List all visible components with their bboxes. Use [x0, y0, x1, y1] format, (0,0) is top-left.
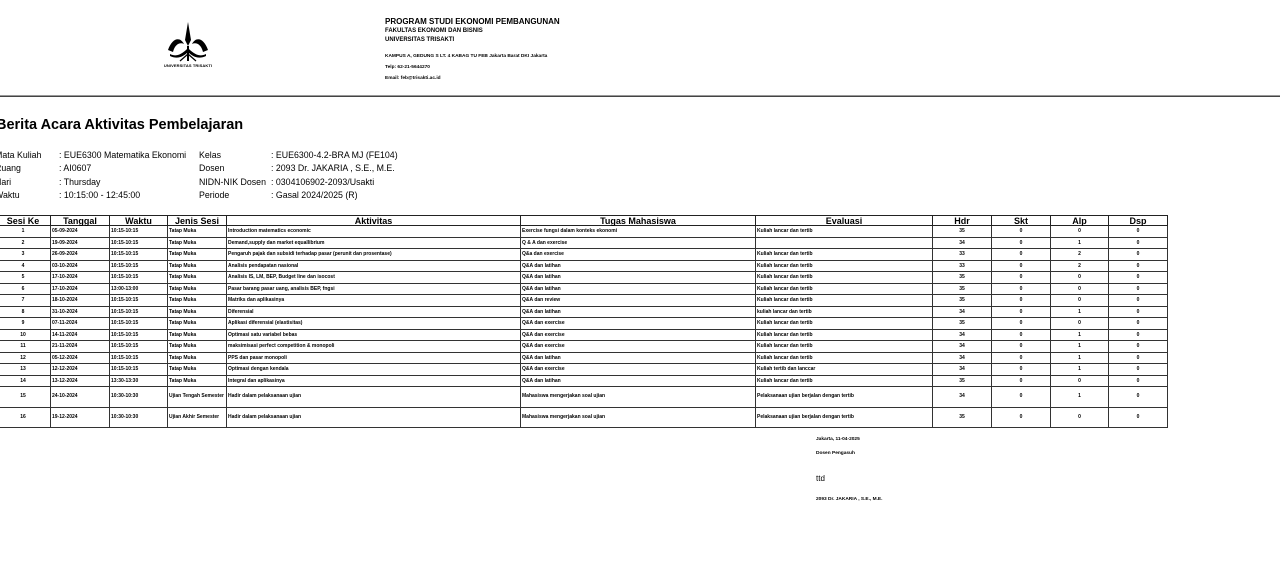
table-cell: 05-12-2024 — [51, 352, 110, 364]
table-cell: 0 — [1051, 272, 1109, 284]
table-cell: 13 — [0, 364, 51, 376]
table-row: 1121-11-202410:15-10:15Tatap Mukamaksimi… — [0, 341, 1168, 353]
info-value: : Gasal 2024/2025 (R) — [271, 189, 358, 202]
table-cell: 14-11-2024 — [51, 329, 110, 341]
table-cell: 9 — [0, 318, 51, 330]
table-cell: Tatap Muka — [168, 306, 227, 318]
table-cell: 33 — [933, 260, 992, 272]
column-header: Tanggal — [51, 216, 110, 226]
table-cell: 0 — [1051, 226, 1109, 238]
table-cell: 33 — [933, 249, 992, 261]
table-cell: 0 — [1109, 237, 1168, 249]
table-cell: 7 — [0, 295, 51, 307]
table-cell: 0 — [1109, 249, 1168, 261]
column-header: Tugas Mahasiswa — [521, 216, 756, 226]
table-cell: 12 — [0, 352, 51, 364]
column-header: Dsp — [1109, 216, 1168, 226]
info-label: NIDN-NIK Dosen — [199, 176, 266, 189]
table-cell: 2 — [0, 237, 51, 249]
faculty-name: FAKULTAS EKONOMI DAN BISNIS — [385, 27, 560, 36]
table-cell: 10:15-10:15 — [110, 295, 168, 307]
table-cell: Analisis pendapatan nasional — [227, 260, 521, 272]
table-cell: 0 — [992, 272, 1051, 284]
table-cell: 10:15-10:15 — [110, 318, 168, 330]
table-cell: Q&A dan latihan — [521, 306, 756, 318]
table-cell: Kuliah lancar dan tertib — [756, 249, 933, 261]
table-cell: Kuliah lancar dan tertib — [756, 318, 933, 330]
table-cell: 4 — [0, 260, 51, 272]
table-cell: 10:15-10:15 — [110, 237, 168, 249]
info-value: : Thursday — [59, 176, 100, 189]
table-cell: Mahasiswa mengerjakan soal ujian — [521, 407, 756, 428]
table-cell: 05-09-2024 — [51, 226, 110, 238]
table-cell: Analisis IS, LM, BEP, Budget line dan is… — [227, 272, 521, 284]
table-cell: Q&A dan exercise — [521, 318, 756, 330]
table-cell: 11 — [0, 341, 51, 353]
table-cell: Kuliah lancar dan tertib — [756, 226, 933, 238]
table-cell: 0 — [992, 237, 1051, 249]
info-label: Ruang — [0, 162, 21, 175]
table-cell: Pelaksanaan ujian berjalan dengan tertib — [756, 407, 933, 428]
table-cell: 0 — [1109, 352, 1168, 364]
university-logo: UNIVERSITAS TRISAKTI — [158, 20, 218, 76]
column-header: Aktivitas — [227, 216, 521, 226]
table-cell: 10:30-10:30 — [110, 407, 168, 428]
table-cell: Hadir dalam pelaksanaan ujian — [227, 407, 521, 428]
table-cell: 0 — [992, 341, 1051, 353]
email: Email: feb@trisakti.ac.id — [385, 73, 560, 84]
table-cell: 0 — [1109, 318, 1168, 330]
place-date: Jakarta, 11-04-2025 — [816, 436, 882, 444]
table-cell: Tatap Muka — [168, 237, 227, 249]
table-cell: 0 — [1051, 283, 1109, 295]
table-cell: 0 — [992, 249, 1051, 261]
table-cell: 2 — [1051, 260, 1109, 272]
table-cell: 1 — [1051, 364, 1109, 376]
table-cell: 0 — [992, 329, 1051, 341]
table-cell: Tatap Muka — [168, 341, 227, 353]
table-cell: 10:15-10:15 — [110, 306, 168, 318]
table-cell: 35 — [933, 407, 992, 428]
table-cell: Matriks dan aplikasinya — [227, 295, 521, 307]
table-row: 517-10-202410:15-10:15Tatap MukaAnalisis… — [0, 272, 1168, 284]
table-cell: Q&A dan latihan — [521, 283, 756, 295]
table-cell: Q&A dan latihan — [521, 272, 756, 284]
table-cell: 0 — [992, 318, 1051, 330]
table-cell: 0 — [992, 226, 1051, 238]
table-cell: 07-11-2024 — [51, 318, 110, 330]
table-cell: 15 — [0, 387, 51, 408]
table-cell: 0 — [1109, 283, 1168, 295]
table-cell: 0 — [992, 283, 1051, 295]
table-cell: 16 — [0, 407, 51, 428]
table-cell: 0 — [992, 364, 1051, 376]
info-value: : 0304106902-2093/Usakti — [271, 176, 374, 189]
table-cell: 0 — [1051, 407, 1109, 428]
table-cell: Kuliah lancar dan tertib — [756, 341, 933, 353]
table-cell: Tatap Muka — [168, 364, 227, 376]
table-row: 617-10-202413:00-13:00Tatap MukaPasar ba… — [0, 283, 1168, 295]
table-cell: 10:15-10:15 — [110, 341, 168, 353]
table-cell: Kuliah lancar dan tertib — [756, 260, 933, 272]
table-cell: 35 — [933, 272, 992, 284]
address: KAMPUS A, GEDUNG S LT. 4 KABAG TU FEB Ja… — [385, 51, 560, 62]
table-cell: Tatap Muka — [168, 295, 227, 307]
table-cell: 12-12-2024 — [51, 364, 110, 376]
activity-table: Sesi KeTanggalWaktuJenis SesiAktivitasTu… — [0, 215, 1168, 428]
table-cell: 35 — [933, 375, 992, 387]
table-cell: 0 — [992, 260, 1051, 272]
logo-caption: UNIVERSITAS TRISAKTI — [158, 63, 218, 68]
table-cell: 0 — [992, 306, 1051, 318]
table-cell: Integral dan aplikasinya — [227, 375, 521, 387]
table-cell: 31-10-2024 — [51, 306, 110, 318]
table-cell: 19-12-2024 — [51, 407, 110, 428]
table-row: 907-11-202410:15-10:15Tatap MukaAplikasi… — [0, 318, 1168, 330]
table-cell: 1 — [1051, 352, 1109, 364]
column-header: Alp — [1051, 216, 1109, 226]
table-cell: 26-09-2024 — [51, 249, 110, 261]
column-header: Jenis Sesi — [168, 216, 227, 226]
table-cell: 1 — [1051, 341, 1109, 353]
table-row: 1312-12-202410:15-10:15Tatap MukaOptimas… — [0, 364, 1168, 376]
table-cell: 34 — [933, 352, 992, 364]
table-cell: 10:15-10:15 — [110, 364, 168, 376]
table-cell: 1 — [1051, 387, 1109, 408]
table-row: 831-10-202410:15-10:15Tatap MukaDiferens… — [0, 306, 1168, 318]
info-value: : EUE6300-4.2-BRA MJ (FE104) — [271, 149, 398, 162]
table-cell: 0 — [992, 387, 1051, 408]
table-cell: 13:00-13:00 — [110, 283, 168, 295]
table-cell: Q&a dan exercise — [521, 249, 756, 261]
table-cell: 0 — [1109, 341, 1168, 353]
table-cell: Pasar barang pasar uang, analisis BEP, f… — [227, 283, 521, 295]
table-cell: Kuliah tertib dan lanccar — [756, 364, 933, 376]
table-row: 1413-12-202413:30-13:30Tatap MukaIntegra… — [0, 375, 1168, 387]
table-cell: Q&A dan latihan — [521, 352, 756, 364]
column-header: Waktu — [110, 216, 168, 226]
table-cell: 0 — [1109, 375, 1168, 387]
table-cell: Tatap Muka — [168, 272, 227, 284]
table-row: 403-10-202410:15-10:15Tatap MukaAnalisis… — [0, 260, 1168, 272]
table-cell: Kuliah lancar dan tertib — [756, 329, 933, 341]
table-cell: 0 — [1109, 387, 1168, 408]
table-cell: Optimasi satu variabel bebas — [227, 329, 521, 341]
table-cell: 0 — [1109, 295, 1168, 307]
table-cell: Tatap Muka — [168, 329, 227, 341]
table-cell: 17-10-2024 — [51, 272, 110, 284]
info-value: : AI0607 — [59, 162, 91, 175]
table-cell: Mahasiswa mengerjakan soal ujian — [521, 387, 756, 408]
table-cell: kuliah lancar dan tertib — [756, 306, 933, 318]
info-label: Kelas — [199, 149, 221, 162]
info-label: Waktu — [0, 189, 20, 202]
table-cell: Kuliah lancar dan tertib — [756, 272, 933, 284]
table-cell: Pengaruh pajak dan subsidi terhadap pasa… — [227, 249, 521, 261]
table-cell: Hadir dalam pelaksanaan ujian — [227, 387, 521, 408]
table-cell: Ujian Akhir Semester — [168, 407, 227, 428]
table-row: 1524-10-202410:30-10:30Ujian Tengah Seme… — [0, 387, 1168, 408]
table-cell: Tatap Muka — [168, 260, 227, 272]
table-row: 1014-11-202410:15-10:15Tatap MukaOptimas… — [0, 329, 1168, 341]
table-cell: 13:30-13:30 — [110, 375, 168, 387]
phone: Telp: 62-21-5644270 — [385, 62, 560, 73]
table-cell: 1 — [0, 226, 51, 238]
table-cell — [756, 237, 933, 249]
table-cell: 0 — [1051, 318, 1109, 330]
table-cell: Demand,supply dan market equallibrium — [227, 237, 521, 249]
table-cell: 10 — [0, 329, 51, 341]
table-cell: 0 — [1109, 226, 1168, 238]
page-title: Berita Acara Aktivitas Pembelajaran — [0, 117, 243, 133]
table-cell: 0 — [1109, 260, 1168, 272]
table-cell: 35 — [933, 318, 992, 330]
table-cell: 3 — [0, 249, 51, 261]
info-value: : EUE6300 Matematika Ekonomi — [59, 149, 186, 162]
table-cell: Tatap Muka — [168, 226, 227, 238]
table-cell: 34 — [933, 387, 992, 408]
table-cell: 10:15-10:15 — [110, 329, 168, 341]
table-cell: Exercise fungsi dalam konteks ekonomi — [521, 226, 756, 238]
table-cell: 14 — [0, 375, 51, 387]
table-cell: 34 — [933, 341, 992, 353]
table-cell: Tatap Muka — [168, 375, 227, 387]
info-value: : 10:15:00 - 12:45:00 — [59, 189, 140, 202]
column-header: Skt — [992, 216, 1051, 226]
table-cell: Tatap Muka — [168, 352, 227, 364]
table-cell: 5 — [0, 272, 51, 284]
table-cell: Q&A dan exercise — [521, 341, 756, 353]
column-header: Hdr — [933, 216, 992, 226]
column-header: Evaluasi — [756, 216, 933, 226]
table-cell: Q&A dan latihan — [521, 375, 756, 387]
table-cell: Q&A dan exercise — [521, 364, 756, 376]
table-cell: 13-12-2024 — [51, 375, 110, 387]
table-cell: 0 — [992, 295, 1051, 307]
info-label: Hari — [0, 176, 11, 189]
table-cell: Q & A dan exercise — [521, 237, 756, 249]
table-cell: Tatap Muka — [168, 318, 227, 330]
table-cell: Aplikasi diferensial (elastisitas) — [227, 318, 521, 330]
table-cell: 0 — [1109, 306, 1168, 318]
table-cell: 35 — [933, 283, 992, 295]
signer-name: 2093 Dr. JAKARIA , S.E., M.E. — [816, 497, 882, 502]
table-cell: 10:15-10:15 — [110, 260, 168, 272]
table-cell: Introduction matematics economic — [227, 226, 521, 238]
table-cell: 18-10-2024 — [51, 295, 110, 307]
table-cell: 34 — [933, 237, 992, 249]
table-cell: maksimisasi perfect competition & monopo… — [227, 341, 521, 353]
table-cell: 8 — [0, 306, 51, 318]
table-cell: Kuliah lancar dan tertib — [756, 283, 933, 295]
table-cell: Optimasi dengan kendala — [227, 364, 521, 376]
table-cell: 1 — [1051, 306, 1109, 318]
table-cell: 0 — [1109, 329, 1168, 341]
table-row: 1619-12-202410:30-10:30Ujian Akhir Semes… — [0, 407, 1168, 428]
table-cell: 0 — [1109, 407, 1168, 428]
table-cell: 34 — [933, 329, 992, 341]
table-cell: Pelaksanaan ujian berjalan dengan tertib — [756, 387, 933, 408]
institution-header: PROGRAM STUDI EKONOMI PEMBANGUNAN FAKULT… — [385, 17, 560, 84]
table-cell: 35 — [933, 295, 992, 307]
column-header: Sesi Ke — [0, 216, 51, 226]
table-cell: 2 — [1051, 249, 1109, 261]
table-cell: 10:15-10:15 — [110, 226, 168, 238]
table-cell: 0 — [992, 375, 1051, 387]
university-name: UNIVERSITAS TRISAKTI — [385, 36, 560, 45]
table-cell: Diferensial — [227, 306, 521, 318]
table-cell: 10:15-10:15 — [110, 249, 168, 261]
signer-role: Dosen Pengasuh — [816, 450, 882, 458]
table-cell: Q&A dan review — [521, 295, 756, 307]
table-cell: 10:15-10:15 — [110, 352, 168, 364]
table-row: 1205-12-202410:15-10:15Tatap MukaPPS dan… — [0, 352, 1168, 364]
info-label: Dosen — [199, 162, 224, 175]
trisakti-emblem-icon — [166, 20, 210, 62]
table-cell: 24-10-2024 — [51, 387, 110, 408]
table-header-row: Sesi KeTanggalWaktuJenis SesiAktivitasTu… — [0, 216, 1168, 226]
table-row: 326-09-202410:15-10:15Tatap MukaPengaruh… — [0, 249, 1168, 261]
info-label: Periode — [199, 189, 229, 202]
table-cell: Q&A dan latihan — [521, 260, 756, 272]
table-row: 718-10-202410:15-10:15Tatap MukaMatriks … — [0, 295, 1168, 307]
table-cell: 19-09-2024 — [51, 237, 110, 249]
table-cell: 34 — [933, 364, 992, 376]
signature-block: Jakarta, 11-04-2025 Dosen Pengasuh ttd 2… — [816, 436, 882, 502]
table-cell: 21-11-2024 — [51, 341, 110, 353]
table-cell: 0 — [1109, 272, 1168, 284]
table-cell: 1 — [1051, 329, 1109, 341]
header-divider — [0, 95, 1280, 97]
table-cell: 0 — [1051, 295, 1109, 307]
table-cell: 10:15-10:15 — [110, 272, 168, 284]
table-row: 219-09-202410:15-10:15Tatap MukaDemand,s… — [0, 237, 1168, 249]
table-cell: 10:30-10:30 — [110, 387, 168, 408]
table-cell: Q&A dan exercise — [521, 329, 756, 341]
table-cell: Ujian Tengah Semester — [168, 387, 227, 408]
table-cell: 6 — [0, 283, 51, 295]
table-cell: 0 — [992, 407, 1051, 428]
table-cell: 1 — [1051, 237, 1109, 249]
program-name: PROGRAM STUDI EKONOMI PEMBANGUNAN — [385, 17, 560, 27]
table-cell: Tatap Muka — [168, 249, 227, 261]
table-cell: 03-10-2024 — [51, 260, 110, 272]
table-row: 105-09-202410:15-10:15Tatap MukaIntroduc… — [0, 226, 1168, 238]
table-cell: PPS dan pasar monopoli — [227, 352, 521, 364]
table-cell: Kuliah lancar dan tertib — [756, 375, 933, 387]
signature-mark: ttd — [816, 474, 882, 483]
table-cell: 35 — [933, 226, 992, 238]
table-cell: 0 — [1109, 364, 1168, 376]
info-label: Mata Kuliah — [0, 149, 41, 162]
table-cell: 34 — [933, 306, 992, 318]
table-cell: 0 — [1051, 375, 1109, 387]
table-cell: 0 — [992, 352, 1051, 364]
table-cell: 17-10-2024 — [51, 283, 110, 295]
table-cell: Kuliah lancar dan tertib — [756, 295, 933, 307]
table-cell: Tatap Muka — [168, 283, 227, 295]
table-cell: Kuliah lancar dan tertib — [756, 352, 933, 364]
info-value: : 2093 Dr. JAKARIA , S.E., M.E. — [271, 162, 395, 175]
